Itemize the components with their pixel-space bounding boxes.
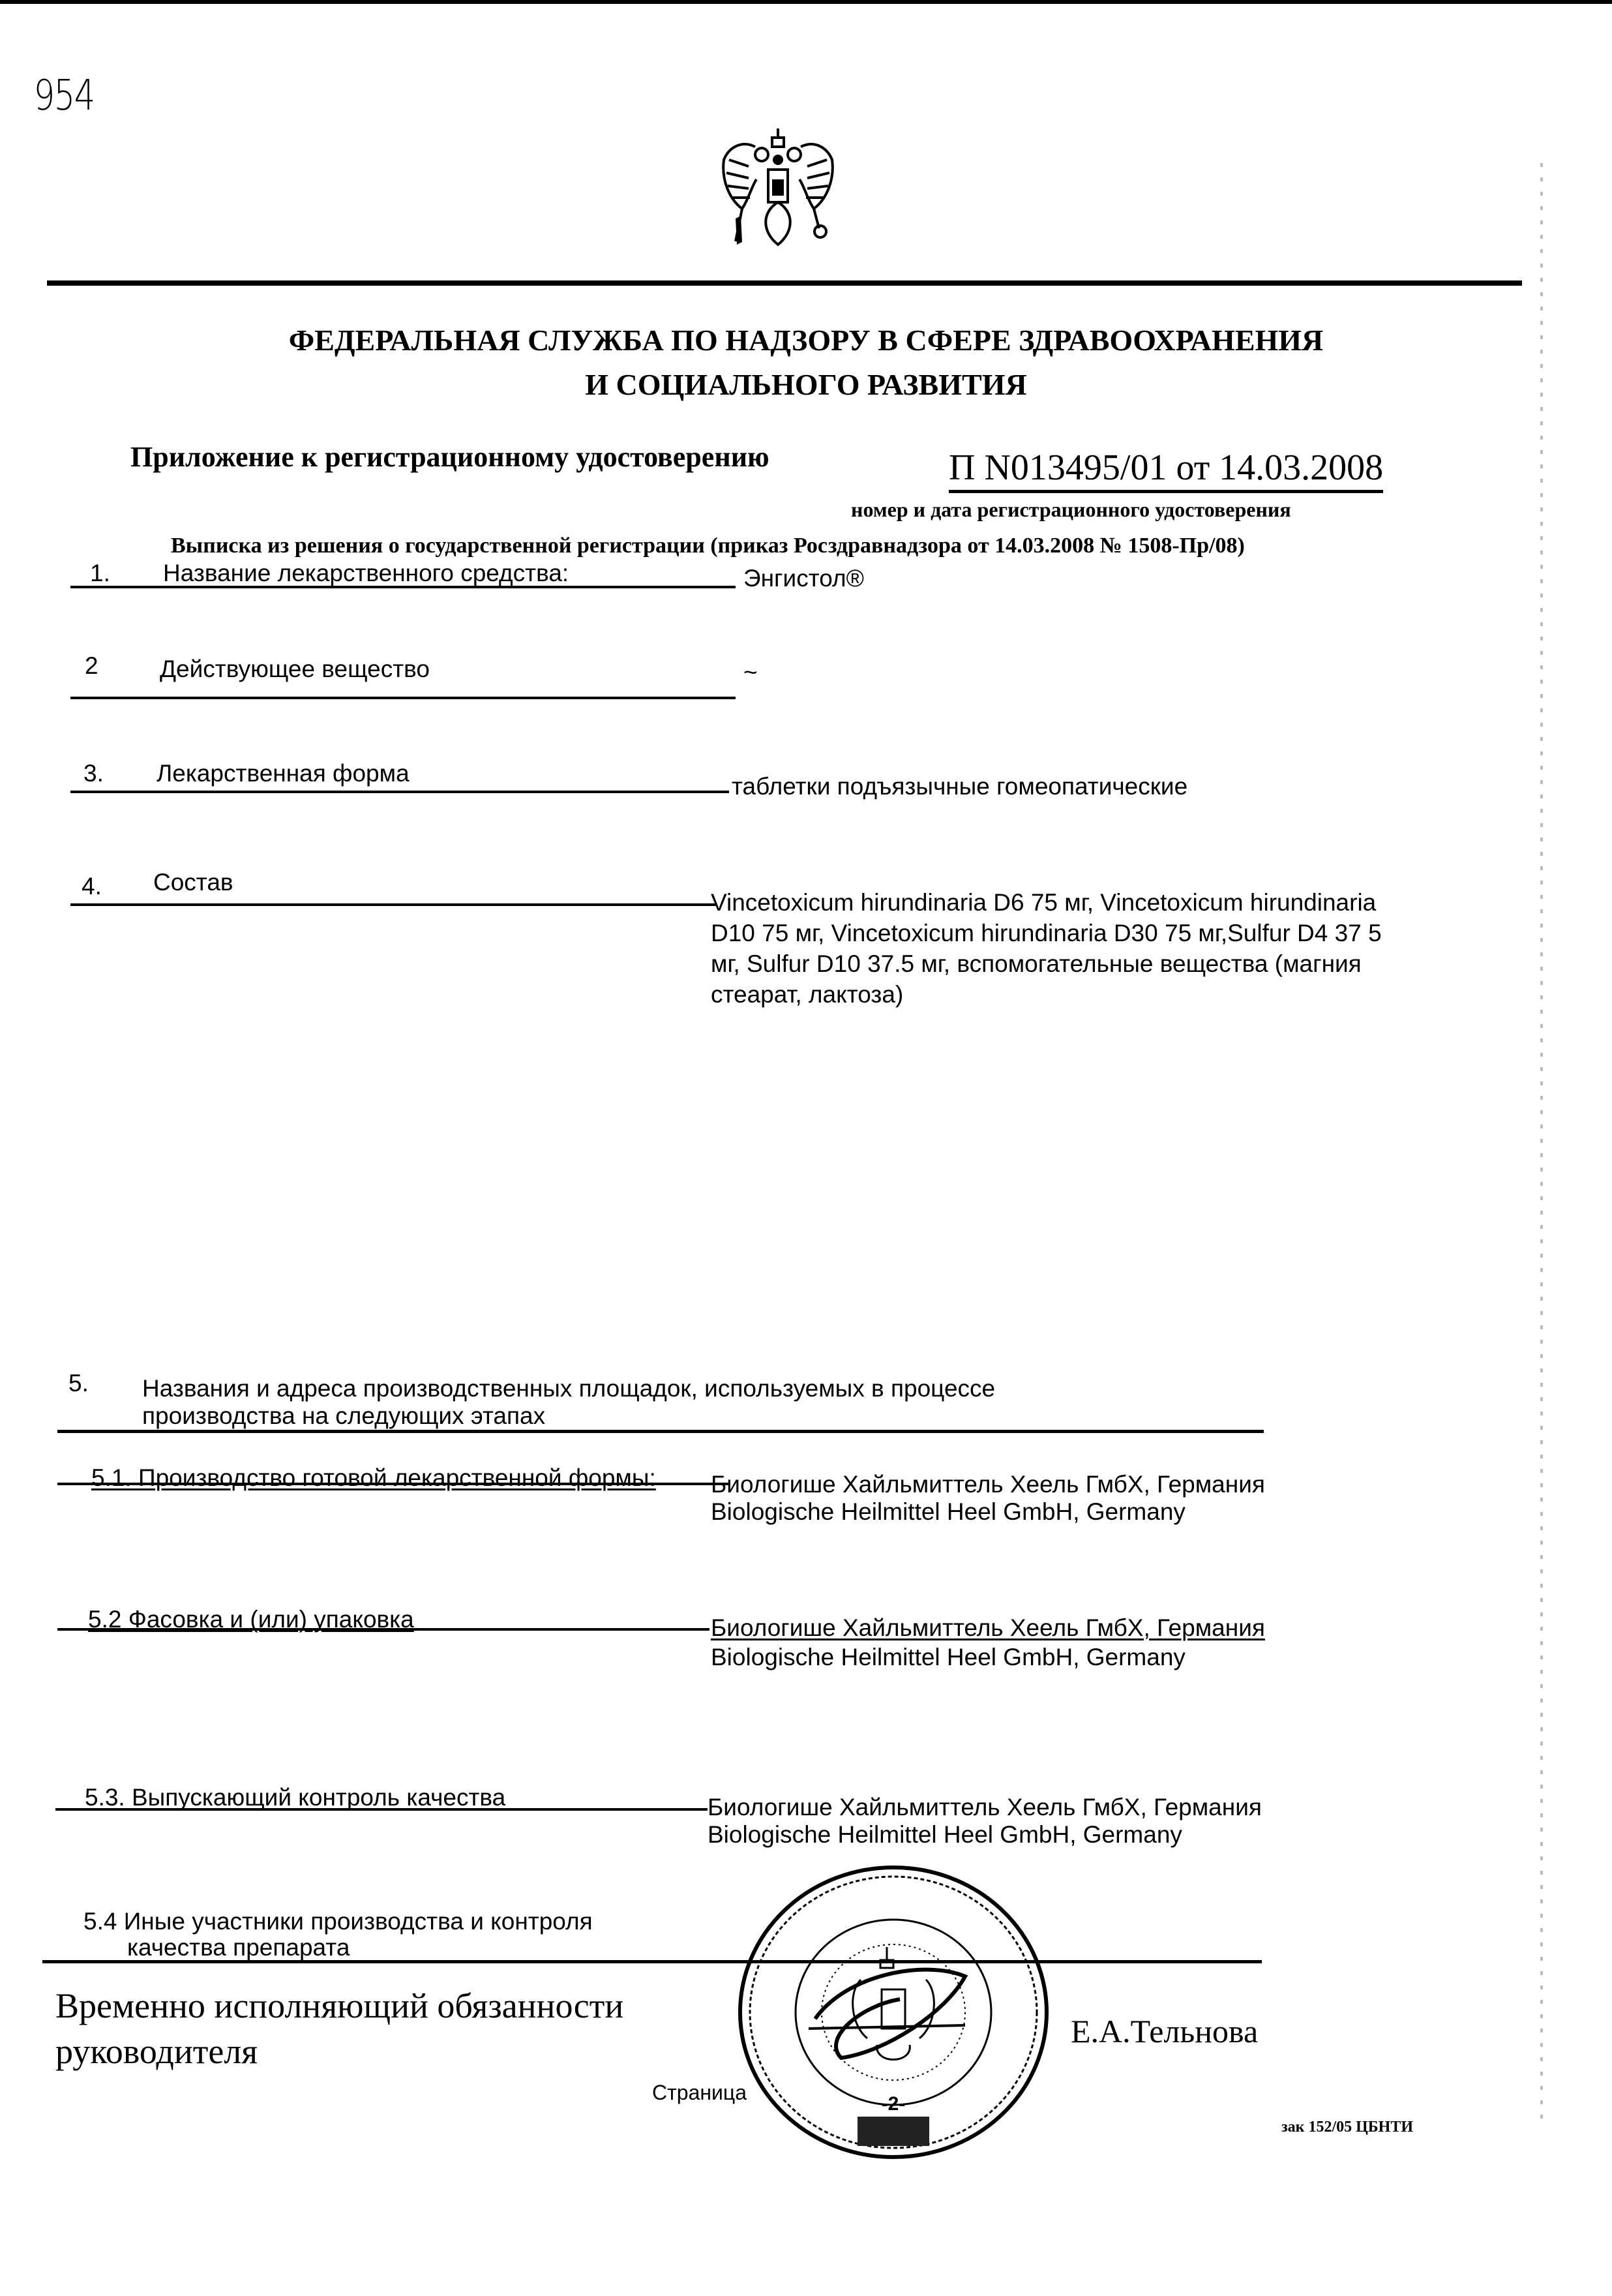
handwritten-page-number: 954 bbox=[34, 72, 95, 120]
sub-item-5-1-value-en: Biologische Heilmittel Heel GmbH, German… bbox=[711, 1498, 1186, 1526]
annex-title: Приложение к регистрационному удостовере… bbox=[130, 440, 769, 474]
item-1-underline bbox=[70, 586, 736, 588]
item-5-label-line-1: Названия и адреса производственных площа… bbox=[142, 1375, 995, 1402]
sub-item-5-3-value-ru: Биологише Хайльмиттель Хеель ГмбХ, Герма… bbox=[708, 1794, 1262, 1821]
sub-item-5-4-label-line-1: 5.4 Иные участники производства и контро… bbox=[83, 1908, 593, 1935]
sub-item-5-2-value-en: Biologische Heilmittel Heel GmbH, German… bbox=[711, 1644, 1186, 1671]
item-2-value: ~ bbox=[743, 659, 758, 686]
certificate-caption: номер и дата регистрационного удостовере… bbox=[851, 498, 1291, 522]
sub-item-5-3-value-en: Biologische Heilmittel Heel GmbH, German… bbox=[708, 1821, 1182, 1849]
item-1-number: 1. bbox=[90, 560, 110, 587]
scan-right-edge-noise bbox=[1540, 163, 1543, 2120]
header-divider bbox=[47, 280, 1522, 286]
sub-item-5-3-underline bbox=[55, 1808, 708, 1811]
sub-item-5-1-value-ru: Биологише Хайльмиттель Хеель ГмбХ, Герма… bbox=[711, 1471, 1265, 1498]
item-5-label-line-2: производства на следующих этапах bbox=[142, 1402, 545, 1430]
item-2-label: Действующее вещество bbox=[160, 656, 430, 683]
item-5-underline bbox=[57, 1430, 1264, 1433]
item-4-number: 4. bbox=[82, 873, 102, 900]
composition-line: D10 75 мг, Vincetoxicum hirundinaria D30… bbox=[711, 918, 1448, 948]
item-2-number: 2 bbox=[85, 652, 98, 680]
item-4-underline bbox=[70, 903, 716, 906]
signer-title-line-1: Временно исполняющий обязанности bbox=[55, 1983, 623, 2029]
item-5-number: 5. bbox=[68, 1370, 89, 1397]
org-title-line-2: И СОЦИАЛЬНОГО РАЗВИТИЯ bbox=[0, 367, 1612, 402]
item-1-label: Название лекарственного средства: bbox=[163, 560, 569, 587]
signer-title-line-2: руководителя bbox=[55, 2029, 623, 2074]
sub-item-5-2-value-ru: Биологише Хайльмиттель Хеель ГмбХ, Герма… bbox=[711, 1614, 1265, 1642]
print-order-code: зак 152/05 ЦБНТИ bbox=[1281, 2119, 1413, 2136]
decision-extract-line: Выписка из решения о государственной рег… bbox=[171, 534, 1245, 558]
sub-item-5-1-underline bbox=[57, 1483, 729, 1485]
item-2-underline bbox=[70, 697, 736, 699]
composition-line: стеарат, лактоза) bbox=[711, 979, 1448, 1010]
sub-item-5-1-label: 5.1. Производство готовой лекарственной … bbox=[91, 1464, 656, 1492]
item-3-number: 3. bbox=[83, 760, 104, 787]
sub-item-5-3-label: 5.3. Выпускающий контроль качества bbox=[85, 1784, 505, 1811]
sub-item-5-4-label-line-2: качества препарата bbox=[127, 1934, 350, 1961]
org-title-line-1: ФЕДЕРАЛЬНАЯ СЛУЖБА ПО НАДЗОРУ В СФЕРЕ ЗД… bbox=[0, 323, 1612, 357]
official-seal-icon: -2- bbox=[730, 1862, 1056, 2162]
russian-emblem-icon bbox=[716, 121, 840, 251]
scan-top-edge bbox=[0, 0, 1612, 4]
composition-line: мг, Sulfur D10 37.5 мг, вспомогательные … bbox=[711, 948, 1448, 979]
item-3-underline bbox=[70, 791, 729, 793]
item-4-label: Состав bbox=[153, 869, 233, 896]
item-3-label: Лекарственная форма bbox=[157, 760, 410, 787]
sub-item-5-4-underline bbox=[42, 1960, 1262, 1963]
certificate-number: П N013495/01 от 14.03.2008 bbox=[949, 447, 1383, 493]
seal-number: -2- bbox=[882, 2093, 906, 2115]
sub-item-5-2-underline bbox=[57, 1628, 709, 1631]
item-1-value: Энгистол® bbox=[743, 565, 864, 592]
item-3-value: таблетки подъязычные гомеопатические bbox=[732, 773, 1187, 800]
composition-value: Vincetoxicum hirundinaria D6 75 мг, Vinc… bbox=[711, 887, 1448, 1010]
signer-name: Е.А.Тельнова bbox=[1071, 2012, 1258, 2050]
composition-line: Vincetoxicum hirundinaria D6 75 мг, Vinc… bbox=[711, 887, 1448, 918]
signer-title: Временно исполняющий обязанности руковод… bbox=[55, 1983, 623, 2074]
